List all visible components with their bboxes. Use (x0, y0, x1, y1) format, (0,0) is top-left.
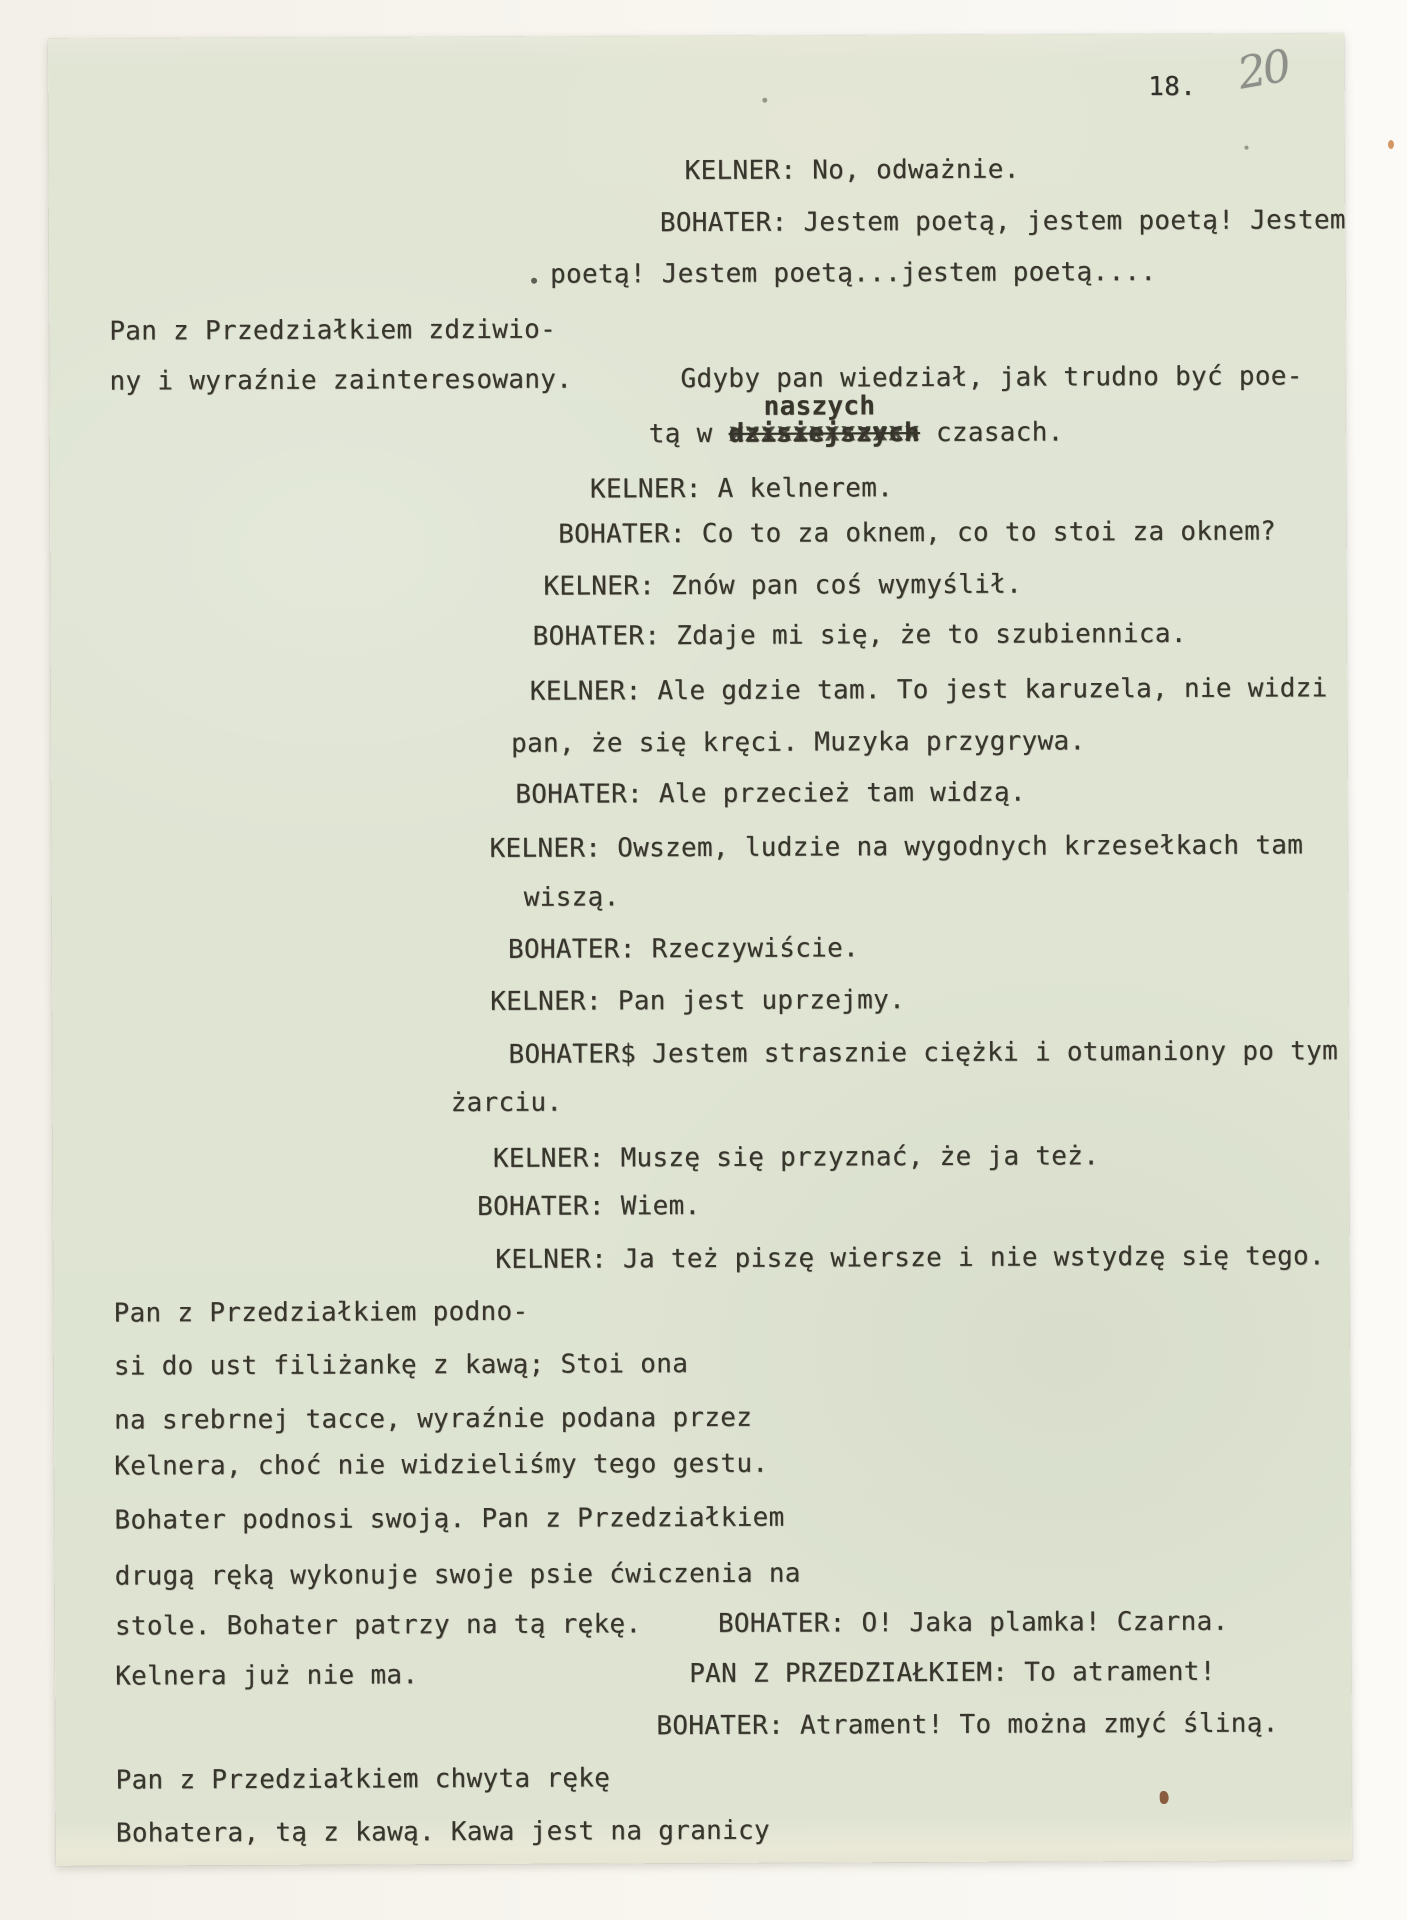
text-before-strike: tą w (649, 419, 729, 449)
dialogue-line-with-strikeout: tą w dzisiejszychxxxxxxxxxxxx czasach. (649, 418, 1064, 450)
stage-direction-line: Pan z Przedziałkiem chwyta rękę (116, 1764, 611, 1796)
stage-direction-line: Kelnera już nie ma. (115, 1661, 418, 1692)
stage-direction-line: si do ust filiżankę z kawą; Stoi ona (114, 1350, 688, 1382)
dialogue-line: BOHATER: O! Jaka plamka! Czarna. (718, 1608, 1229, 1640)
dialogue-line: BOHATER: Wiem. (477, 1192, 700, 1223)
orange-speck (1388, 140, 1394, 149)
stage-direction-line: Pan z Przedziałkiem zdziwio- (109, 316, 556, 348)
dialogue-line: BOHATER: Zdaje mi się, że to szubiennica… (533, 620, 1187, 653)
dialogue-line: KELNER: Pan jest uprzejmy. (490, 986, 905, 1018)
dialogue-line: KELNER: A kelnerem. (590, 474, 893, 505)
stray-typed-dot (531, 278, 537, 284)
dialogue-line: PAN Z PRZEDZIAŁKIEM: To atrament! (689, 1658, 1216, 1690)
dialogue-line: KELNER: Muszę się przyznać, że ja też. (493, 1142, 1099, 1175)
stage-direction-line: Kelnera, choć nie widzieliśmy tego gestu… (114, 1450, 768, 1483)
dialogue-line: KELNER: No, odważnie. (685, 156, 1020, 187)
stage-direction-line: Bohatera, tą z kawą. Kawa jest na granic… (116, 1817, 770, 1850)
dialogue-line: pan, że się kręci. Muzyka przygrywa. (511, 727, 1085, 759)
overstrike-x-marks: xxxxxxxxxxxx (728, 418, 920, 449)
scan-wrapper: 18. 20 KELNER: No, odważnie. BOHATER: Je… (0, 0, 1407, 1920)
stage-direction-line: ny i wyraźnie zainteresowany. (109, 366, 572, 398)
dialogue-line: Gdyby pan wiedział, jak trudno być poe- (680, 362, 1302, 395)
stage-direction-line: stole. Bohater patrzy na tą rękę. (115, 1610, 642, 1642)
scanned-typescript-page: { "document": { "page_number": "18.", "h… (0, 0, 1407, 1920)
page-number: 18. (1148, 74, 1196, 100)
stage-direction-line: Bohater podnosi swoją. Pan z Przedziałki… (114, 1504, 784, 1537)
struck-word: dzisiejszychxxxxxxxxxxxx (728, 419, 920, 450)
dialogue-line: KELNER: Owszem, ludzie na wygodnych krze… (489, 831, 1303, 864)
dialogue-line: BOHATER: Atrament! To można zmyć śliną. (656, 1709, 1278, 1742)
dialogue-line: KELNER: Ja też piszę wiersze i nie wstyd… (495, 1242, 1325, 1276)
handwritten-page-number: 20 (1234, 41, 1292, 100)
text-after-strike: czasach. (920, 417, 1064, 448)
paper-speck (1244, 146, 1248, 150)
dialogue-line: BOHATER: Jestem poetą, jestem poetą! Jes… (660, 206, 1346, 239)
dialogue-line: KELNER: Ale gdzie tam. To jest karuzela,… (530, 674, 1328, 707)
dialogue-line: BOHATER: Ale przecież tam widzą. (515, 779, 1026, 811)
dialogue-line: BOHATER$ Jestem strasznie ciężki i otuma… (508, 1037, 1338, 1071)
dialogue-line: żarciu. (451, 1089, 563, 1119)
dialogue-line: BOHATER: Rzeczywiście. (508, 934, 859, 965)
dialogue-line: BOHATER: Co to za oknem, co to stoi za o… (558, 517, 1276, 550)
stage-direction-line: drugą ręką wykonuje swoje psie ćwiczenia… (115, 1560, 801, 1593)
stage-direction-line: na srebrnej tacce, wyraźnie podana przez (114, 1404, 752, 1437)
dialogue-line: wiszą. (524, 883, 620, 913)
rust-speck (1160, 1791, 1169, 1804)
dialogue-line: KELNER: Znów pan coś wymyślił. (543, 571, 1022, 603)
paper-speck (762, 98, 767, 103)
stage-direction-line: Pan z Przedziałkiem podno- (114, 1298, 529, 1330)
dialogue-line: poetą! Jestem poetą...jestem poetą.... (550, 258, 1156, 291)
